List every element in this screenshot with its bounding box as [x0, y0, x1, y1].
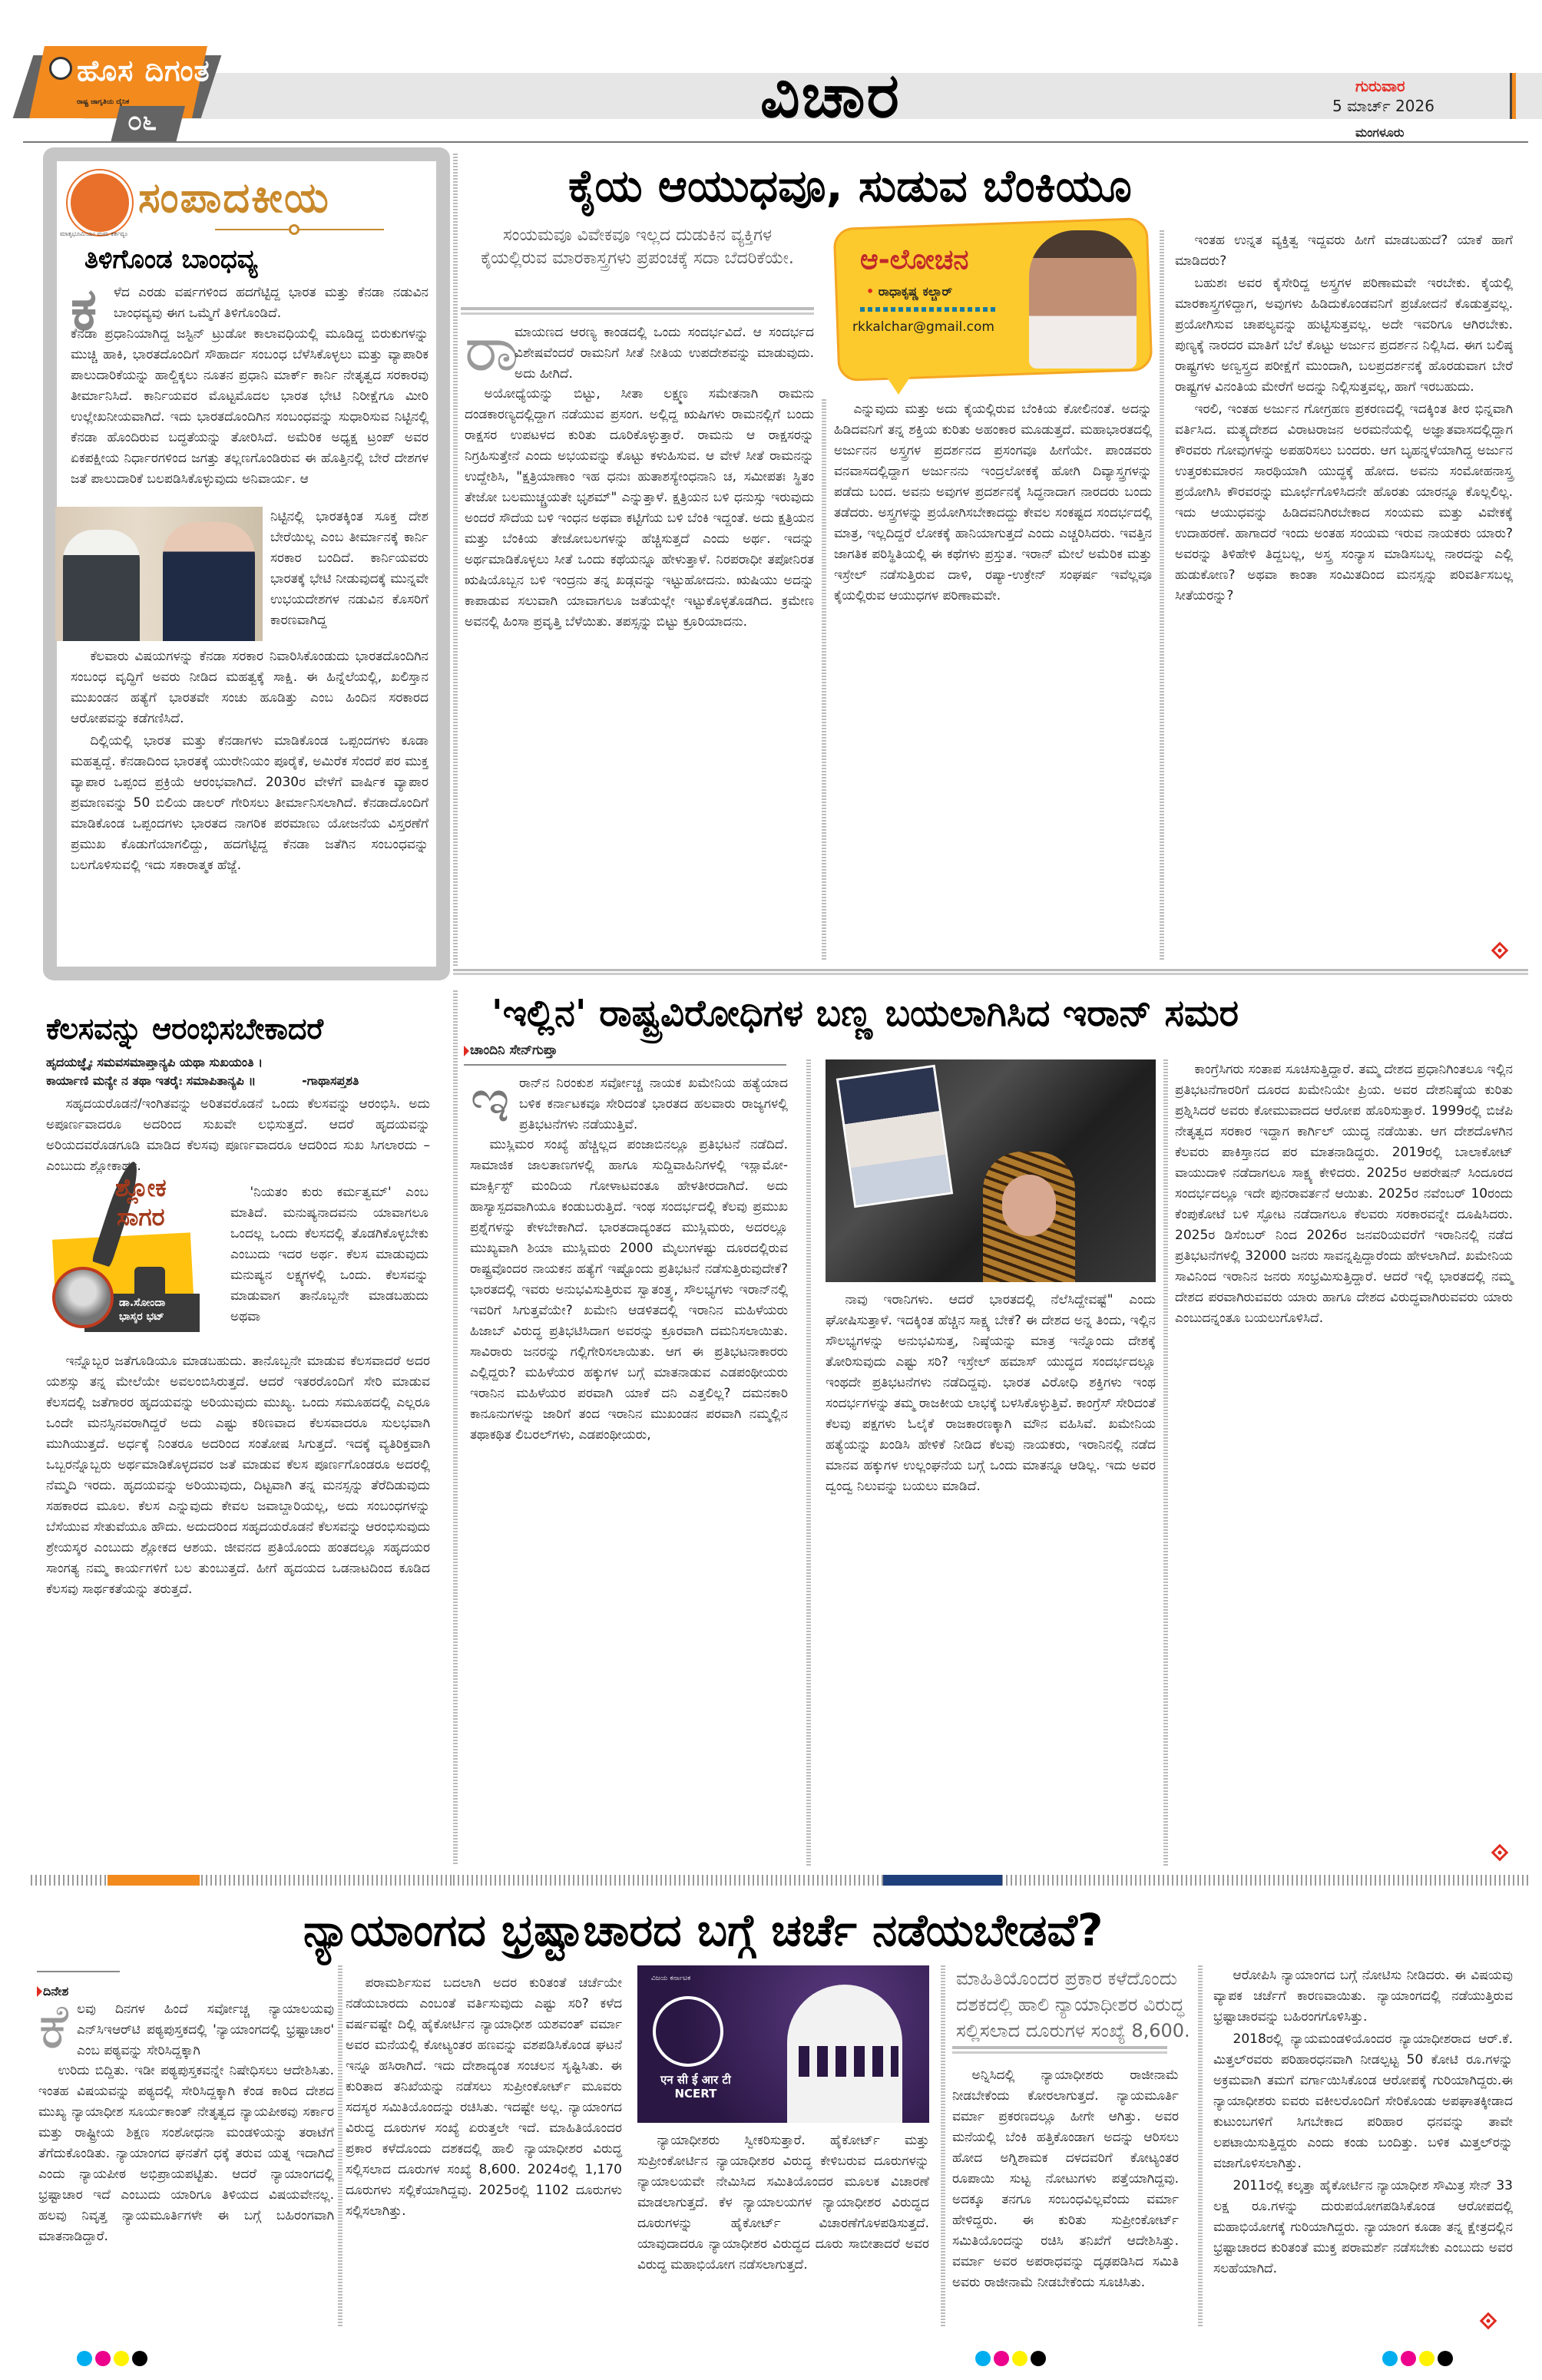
cyan-dot-icon	[975, 2351, 991, 2366]
end-mark-icon	[1491, 942, 1509, 960]
drop-cap: ರಾ	[465, 319, 519, 380]
black-dot-icon	[132, 2351, 147, 2366]
section-divider	[453, 969, 1528, 975]
editorial-para-2: ಕೆಲವಾರು ವಿಷಯಗಳನ್ನು ಕೆನಡಾ ಸರಕಾರ ನಿವಾರಿಸಿಕ…	[71, 646, 429, 878]
iran-column-3: ಕಾಂಗ್ರೆಸಿಗರು ಸಂತಾಪ ಸೂಚಿಸುತ್ತಿದ್ದಾರೆ. ತಮ್…	[1175, 1059, 1513, 1330]
iran-column-2: ನಾವು ಇರಾನಿಗಳು. ಆದರೆ ಭಾರತದಲ್ಲಿ ನೆಲೆಸಿದ್ದೇ…	[826, 1290, 1156, 1499]
feature-column-1: ಅಯೋಧ್ಯೆಯನ್ನು ಬಿಟ್ಟು, ಸೀತಾ ಲಕ್ಷ್ಮಣ ಸಮೇತನಾ…	[465, 384, 814, 634]
editorial-para-1: ಕೆನಡಾ ಪ್ರಧಾನಿಯಾಗಿದ್ದ ಜಸ್ಟಿನ್ ಟ್ರುಡೋ ಕಾಲಾ…	[71, 324, 429, 490]
section-title: ವಿಚಾರ	[760, 60, 901, 132]
editorial-emblem-icon	[68, 170, 132, 235]
judiciary-column-3: ಅನ್ನಿಸಿದಲ್ಲಿ ನ್ಯಾಯಾಧೀಶರು ರಾಜೀನಾಮೆ ನೀಡಬೇಕ…	[952, 2065, 1179, 2295]
masthead-divider	[23, 141, 1528, 143]
editorial-photo	[55, 507, 263, 641]
editorial-side-text: ನಿಟ್ಟಿನಲ್ಲಿ ಭಾರತಕ್ಕಿಂತ ಸೂಕ್ತ ದೇಶ ಬೇರೆಯಿಲ…	[270, 507, 429, 631]
magenta-dot-icon	[95, 2351, 111, 2366]
feature-intro: ಮಾಯಣದ ಆರಣ್ಯ ಕಾಂಡದಲ್ಲಿ ಒಂದು ಸಂದರ್ಭವಿದೆ. ಆ…	[515, 322, 814, 385]
column-name: ಆ-ಲೋಚನ	[860, 244, 968, 276]
byline-divider	[464, 1064, 786, 1066]
iran-intro: ರಾನ್‌ನ ನಿರಂಕುಶ ಸರ್ವೋಚ್ಚ ನಾಯಕ ಖಮೇನಿಯ ಹತ್ಯ…	[519, 1073, 788, 1135]
judiciary-column-1: ಉರಿದು ಬಿದ್ದಿತು. ಇಡೀ ಪಠ್ಯಪುಸ್ತಕವನ್ನೇ ನಿಷೇ…	[38, 2061, 334, 2249]
ncert-supreme-court-graphic: ವಿಜಯ ಕರ್ನಾಟಕ एन सी ई आर टीNCERT	[637, 1965, 929, 2123]
protest-photo	[826, 1059, 1156, 1282]
ornament-divider	[215, 229, 384, 230]
logo-tagline: ರಾಷ್ಟ್ರ ಜಾಗೃತಿಯ ದೈನಿಕ	[77, 98, 129, 106]
quote-divider	[952, 2046, 1167, 2054]
yellow-dot-icon	[1419, 2351, 1434, 2366]
column-separator	[822, 399, 826, 960]
column-separator	[1160, 230, 1164, 960]
ncert-label: एन सी ई आर टीNCERT	[660, 2073, 731, 2101]
feature-deck: ಸಂಯಮವೂ ವಿವೇಕವೂ ಇಲ್ಲದ ದುಡುಕಿನ ವ್ಯಕ್ತಿಗಳ ಕ…	[476, 224, 799, 270]
divider-accent	[883, 1875, 1002, 1886]
editorial-emblem-tagline: ಮಾತೃಭೂಮಿಯಂ ಮಮ ಕರ್ತವ್ಯಂ	[60, 230, 127, 238]
registration-marks	[1382, 2351, 1453, 2366]
feature-column-2: ಎನ್ನುವುದು ಮತ್ತು ಅದು ಕೈಯಲ್ಲಿರುವ ಬೆಂಕಿಯ ಕೋ…	[834, 399, 1152, 608]
shloka-verse: ಹೃದಯಜ್ಞೈಃ ಸಮವಸಮಾಪ್ತಾನ್ಯಪಿ ಯಥಾ ಸುಖಯಂತಿ । …	[46, 1053, 430, 1090]
cyan-dot-icon	[77, 2351, 92, 2366]
newspaper-logo[interactable]: ಹೊಸ ದಿಗಂತ	[77, 54, 210, 88]
divider-accent	[108, 1875, 200, 1886]
shloka-author: ಡಾ.ಸೋಂದಾಭಾಸ್ಕರ ಭಟ್	[119, 1296, 165, 1324]
author-email[interactable]: rkkalchar@gmail.com	[852, 319, 994, 335]
edition-city: ಮಂಗಳೂರು	[1355, 125, 1404, 140]
author-avatar	[52, 1267, 114, 1328]
black-dot-icon	[1031, 2351, 1046, 2366]
column-separator	[806, 1059, 811, 1866]
iran-byline: ಚಾಂದಿನಿ ಸೇನ್‌ಗುಪ್ತಾ	[470, 1043, 558, 1058]
shloka-body: ಇನ್ನೊಬ್ಬರ ಜತೆಗೂಡಿಯೂ ಮಾಡಬಹುದು. ತಾನೊಬ್ಬನೇ …	[46, 1351, 430, 1602]
ink-pot-icon	[134, 1267, 165, 1297]
page-number: ೦೬	[127, 106, 157, 137]
column-author: • ರಾಧಾಕೃಷ್ಣ ಕಲ್ಚಾರ್	[866, 284, 952, 299]
ncert-emblem-icon	[653, 1996, 723, 2067]
judiciary-column-2: ಪರಾಮರ್ಶಿಸುವ ಬದಲಾಗಿ ಅದರ ಕುರಿತಂತೆ ಚರ್ಚೆಯೇ …	[346, 1973, 622, 2223]
dotted-divider	[860, 307, 998, 312]
column-separator	[1198, 1965, 1203, 2326]
cyan-dot-icon	[1382, 2351, 1398, 2366]
shloka-meaning: ಸಹೃದಯರೊಡನೆ/ಇಂಗಿತವನ್ನು ಅರಿತವರೊಡನೆ ಒಂದು ಕೆ…	[46, 1094, 430, 1178]
date-accent-bar	[1510, 73, 1516, 119]
shloka-side-text: 'ನಿಯತಂ ಕುರು ಕರ್ಮತ್ವಮ್' ಎಂಬ ಮಾತಿದೆ. ಮನುಷ್…	[230, 1182, 429, 1329]
editorial-section-label: ಸಂಪಾದಕೀಯ	[138, 174, 330, 223]
byline-divider	[37, 1971, 120, 1972]
judiciary-headline[interactable]: ನ್ಯಾಯಾಂಗದ ಭ್ರಷ್ಟಾಚಾರದ ಬಗ್ಗೆ ಚರ್ಚೆ ನಡೆಯಬೇ…	[303, 1904, 1104, 1957]
magenta-dot-icon	[994, 2351, 1009, 2366]
issue-day: ಗುರುವಾರ	[1355, 77, 1405, 95]
drop-cap: ಇ	[470, 1070, 510, 1132]
speech-bubble-tail-icon	[883, 372, 914, 395]
feature-column-3: ಇಂತಹ ಉನ್ನತ ವ್ಯಕ್ತಿತ್ವ ಇದ್ದವರು ಹೀಗೆ ಮಾಡಬಹ…	[1175, 230, 1513, 608]
author-photo	[1029, 230, 1137, 369]
end-mark-icon	[1491, 1844, 1509, 1862]
judiciary-column-4: ಆರೋಪಿಸಿ ನ್ಯಾಯಾಂಗದ ಬಗ್ಗೆ ನೋಟಿಸು ನೀಡಿದರು. …	[1213, 1965, 1513, 2281]
registration-marks	[975, 2351, 1046, 2366]
issue-date: 5 ಮಾರ್ಚ್ 2026	[1332, 97, 1434, 115]
column-separator	[941, 1965, 945, 2326]
court-columns	[791, 2046, 898, 2077]
yellow-dot-icon	[114, 2351, 129, 2366]
feature-headline[interactable]: ಕೈಯ ಆಯುಧವೂ, ಸುಡುವ ಬೆಂಕಿಯೂ	[568, 160, 1132, 213]
black-dot-icon	[1438, 2351, 1453, 2366]
judiciary-intro: ಲವು ದಿನಗಳ ಹಿಂದೆ ಸರ್ವೋಚ್ಚ ನ್ಯಾಯಾಲಯವು ಎನ್‌…	[77, 1999, 334, 2061]
newspaper-emblem-icon	[49, 57, 72, 80]
pull-quote: ಮಾಹಿತಿಯೊಂದರ ಪ್ರಕಾರ ಕಳೆದೊಂದು ದಶಕದಲ್ಲಿ ಹಾಲ…	[956, 1965, 1209, 2044]
judiciary-column-2b: ನ್ಯಾಯಾಧೀಶರು ಸ್ವೀಕರಿಸುತ್ತಾರೆ. ಹೈಕೋರ್ಟ್ ಮತ…	[637, 2130, 929, 2277]
column-separator	[338, 1965, 342, 2326]
iran-headline[interactable]: 'ಇಲ್ಲಿನ' ರಾಷ್ಟ್ರವಿರೋಧಿಗಳ ಬಣ್ಣ ಬಯಲಾಗಿಸಿದ …	[491, 992, 1239, 1036]
column-separator	[453, 990, 458, 1866]
drop-cap: ಕೆ	[38, 1996, 68, 2058]
byline-marker-icon	[464, 1046, 469, 1056]
registration-marks	[77, 2351, 147, 2366]
section-divider	[31, 1875, 453, 1886]
photo-credit: ವಿಜಯ ಕರ್ನಾಟಕ	[651, 1975, 690, 1982]
editorial-title[interactable]: ತಿಳಿಗೊಂಡ ಬಾಂಧವ್ಯ	[84, 244, 257, 275]
end-mark-icon	[1480, 2312, 1497, 2330]
yellow-dot-icon	[1012, 2351, 1027, 2366]
shloka-column-label: ಶ್ಲೋಕಸಾಗರ	[115, 1173, 167, 1231]
iran-column-1: ಮುಸ್ಲಿಮರ ಸಂಖ್ಯೆ ಹೆಚ್ಚಿಲ್ಲದ ಪಂಜಾಬಿನಲ್ಲೂ ಪ…	[470, 1135, 788, 1447]
shloka-title[interactable]: ಕೆಲಸವನ್ನು ಆರಂಭಿಸಬೇಕಾದರೆ	[46, 1012, 323, 1046]
column-separator	[1163, 1059, 1168, 1866]
editorial-intro: ಳೆದ ಎರಡು ವರ್ಷಗಳಿಂದ ಹದಗೆಟ್ಟಿದ್ದ ಭಾರತ ಮತ್ತ…	[114, 283, 429, 324]
magenta-dot-icon	[1401, 2351, 1416, 2366]
column-separator	[453, 154, 458, 967]
ornament-icon	[289, 224, 299, 235]
